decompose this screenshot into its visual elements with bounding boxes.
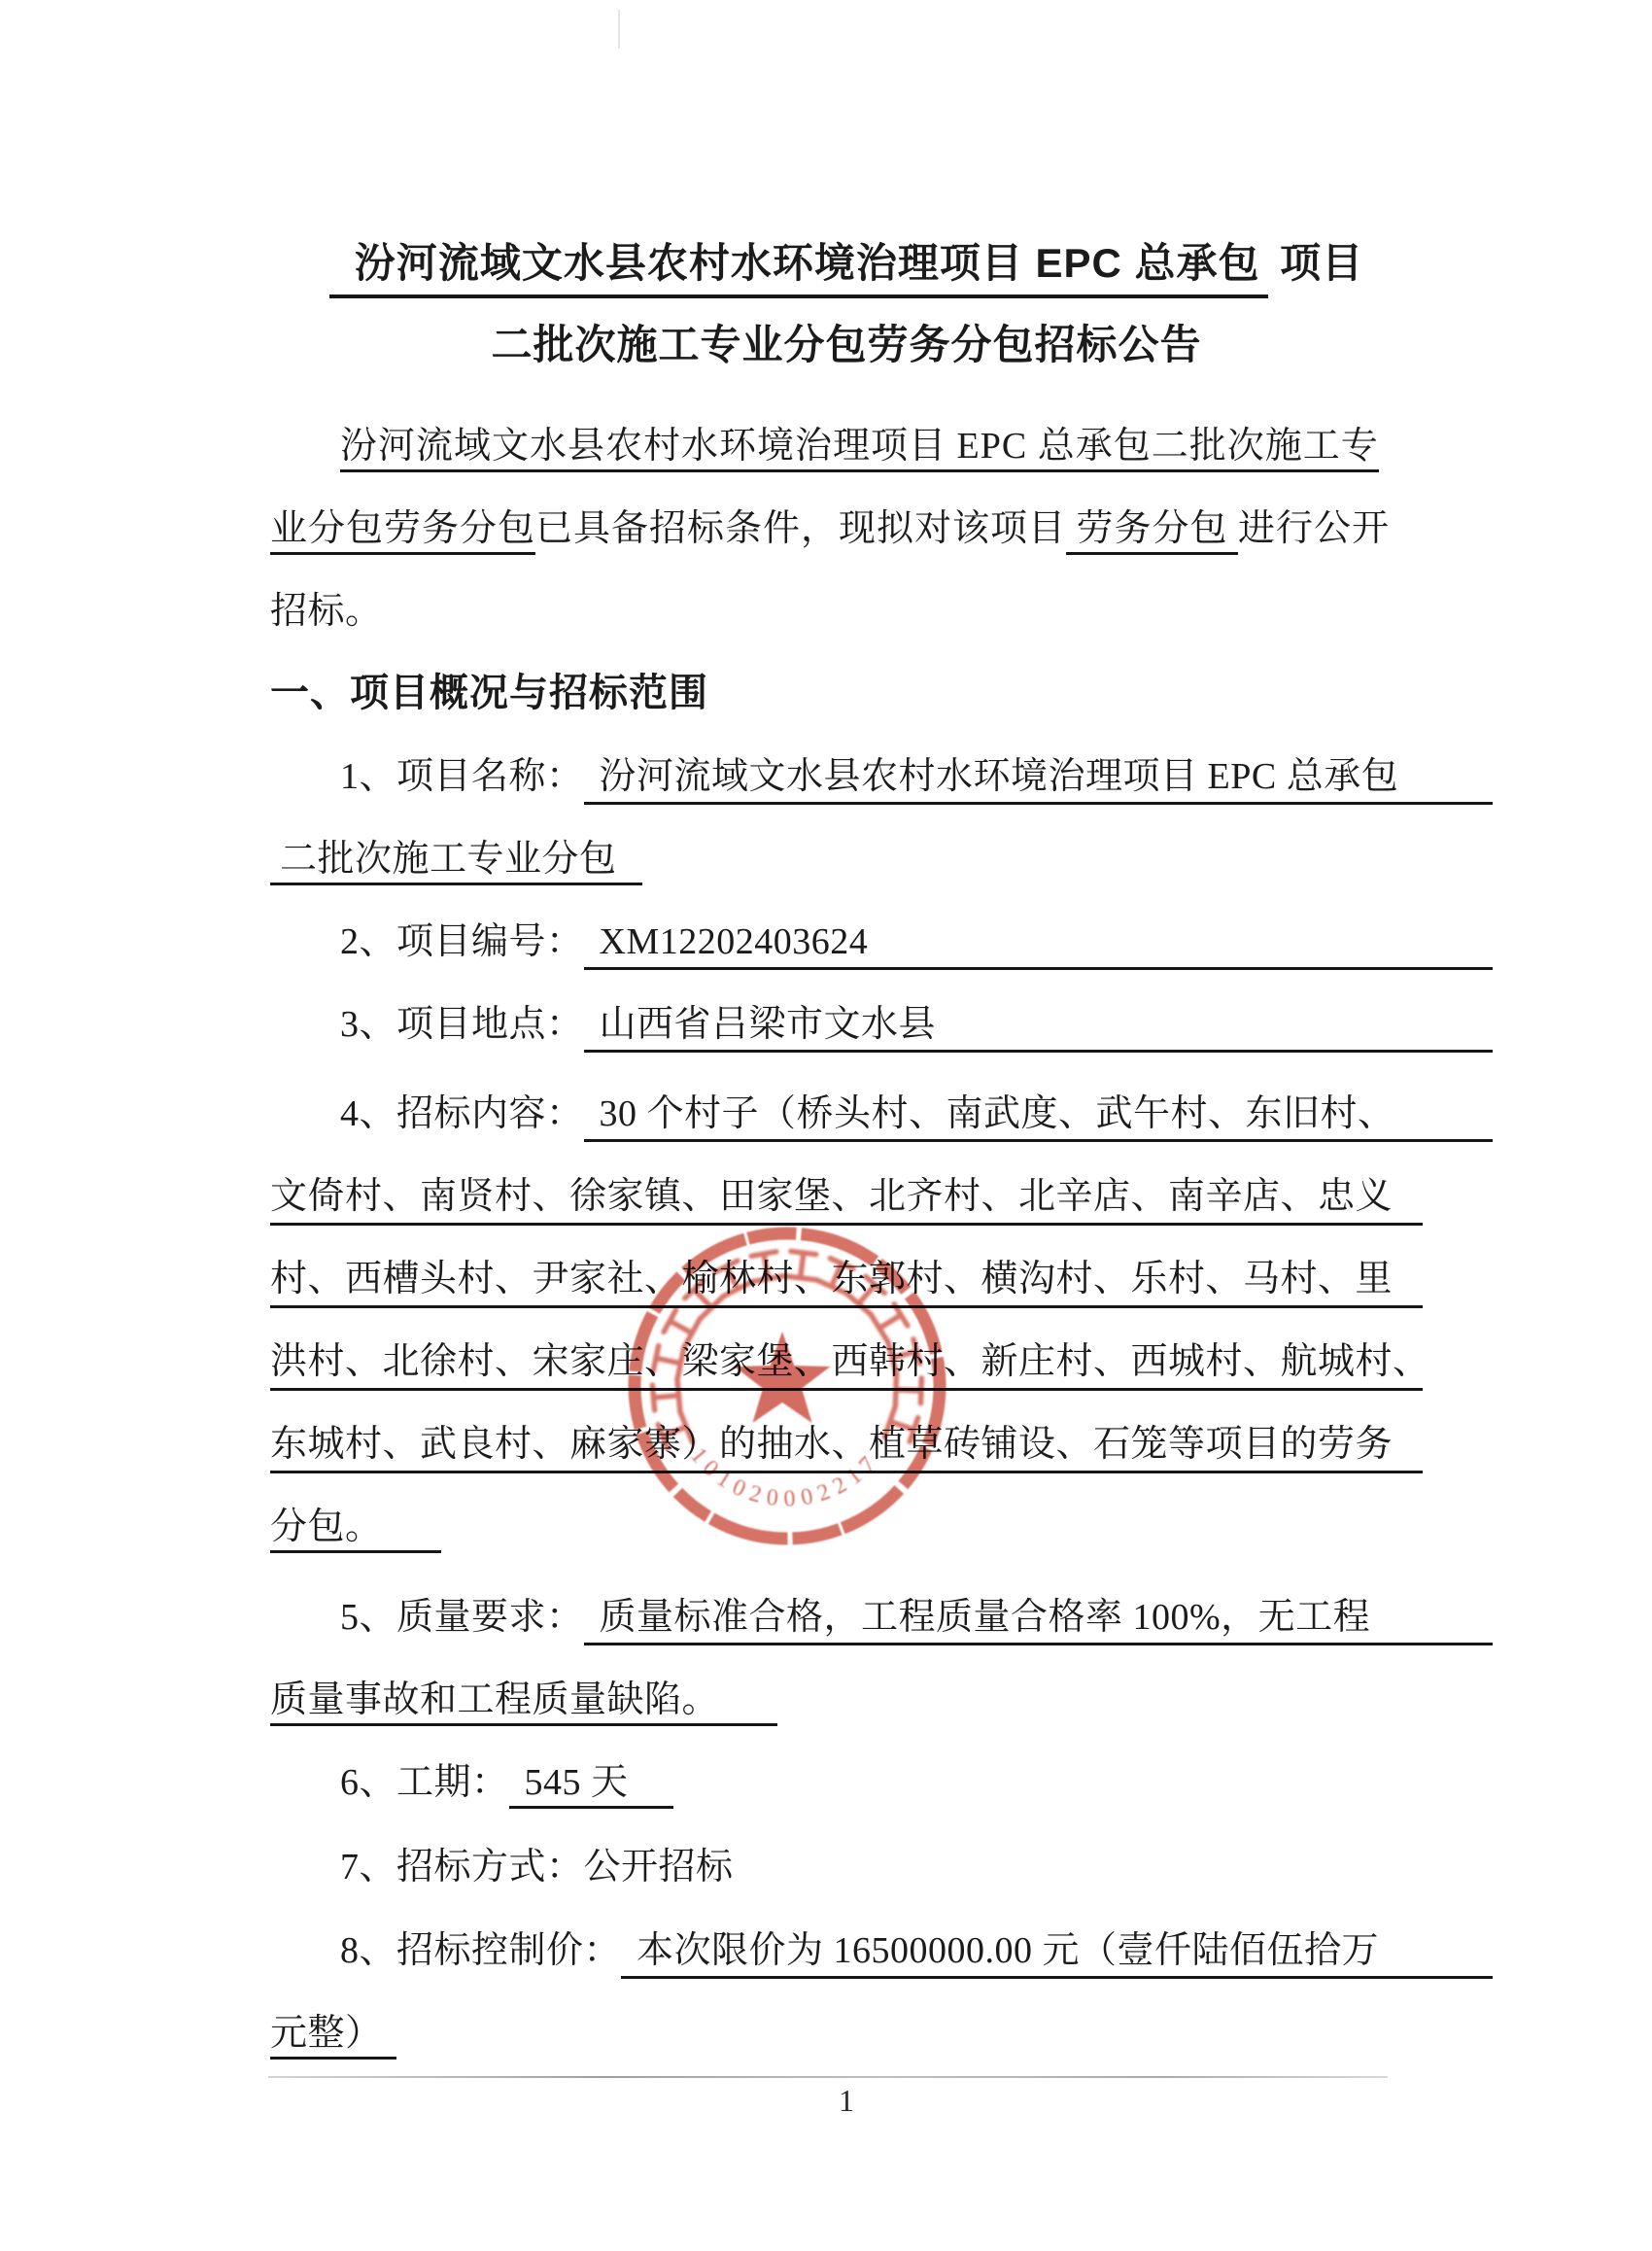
item8-label: 8、招标控制价：: [340, 1928, 621, 1979]
title-line-1: 汾河流域文水县农村水环境治理项目 EPC 总承包 项目: [270, 241, 1423, 286]
item5-value-line2: 质量事故和工程质量缺陷。: [270, 1680, 777, 1726]
item1-label: 1、项目名称：: [340, 754, 584, 805]
company-seal-stamp: 101020002217: [612, 1211, 962, 1561]
intro-line2-plain-2: 进行公开: [1238, 508, 1390, 549]
item8-value-line1: 本次限价为 16500000.00 元（壹仟陆佰伍拾万: [621, 1928, 1493, 1979]
item1-line-2: 二批次施工专业分包: [270, 837, 1423, 882]
page-number: 1: [270, 2083, 1423, 2119]
item3-value: 山西省吕梁市文水县: [584, 1002, 1493, 1053]
seal-star-icon: [735, 1332, 831, 1423]
item8-line-1: 8、招标控制价：本次限价为 16500000.00 元（壹仟陆佰伍拾万: [270, 1928, 1493, 1979]
item3-line: 3、项目地点：山西省吕梁市文水县: [270, 1002, 1493, 1053]
item7-line: 7、招标方式：公开招标: [270, 1845, 1493, 1889]
intro-line2-plain-1: 已具备招标条件，现拟对该项目: [535, 508, 1066, 549]
intro-line1-underlined: 汾河流域文水县农村水环境治理项目 EPC 总承包二批次施工专: [340, 426, 1379, 472]
item4-value-line1: 30 个村子（桥头村、南武度、武午村、东旧村、: [584, 1091, 1493, 1142]
intro-line2-underlined-2: 劳务分包: [1066, 508, 1238, 555]
item6-line: 6、工期：545 天: [270, 1760, 1493, 1805]
item5-line-2: 质量事故和工程质量缺陷。: [270, 1678, 1423, 1722]
item6-label: 6、工期：: [340, 1762, 509, 1803]
item8-value-line2: 元整）: [270, 2013, 396, 2060]
item4-label: 4、招标内容：: [340, 1091, 584, 1142]
item5-line-1: 5、质量要求：质量标准合格，工程质量合格率 100%，无工程: [270, 1595, 1493, 1645]
title-line1-underlined: 汾河流域文水县农村水环境治理项目 EPC 总承包: [329, 240, 1268, 298]
item4-value-line6: 分包。: [270, 1506, 441, 1553]
item7-label: 7、招标方式：: [340, 1847, 584, 1887]
intro-line-2: 业分包劳务分包已具备招标条件，现拟对该项目 劳务分包 进行公开: [270, 506, 1423, 551]
section1-heading: 一、项目概况与招标范围: [270, 671, 1423, 715]
item7-value: 公开招标: [584, 1847, 734, 1887]
footer-separator-line: [268, 2076, 1388, 2078]
item3-label: 3、项目地点：: [340, 1002, 584, 1053]
item2-label: 2、项目编号：: [340, 919, 584, 970]
item8-line-2: 元整）: [270, 2011, 1423, 2056]
item1-value-line1: 汾河流域文水县农村水环境治理项目 EPC 总承包: [584, 754, 1493, 805]
item4-line-1: 4、招标内容：30 个村子（桥头村、南武度、武午村、东旧村、: [270, 1091, 1493, 1142]
document-page: 汾河流域文水县农村水环境治理项目 EPC 总承包 项目 二批次施工专业分包劳务分…: [0, 0, 1652, 2251]
intro-line-1: 汾河流域文水县农村水环境治理项目 EPC 总承包二批次施工专: [270, 424, 1493, 468]
item2-line: 2、项目编号：XM12202403624: [270, 919, 1493, 970]
scan-artifact-tick: [618, 10, 620, 49]
seal-digits: 101020002217: [685, 1443, 885, 1512]
title-line1-tail: 项目: [1268, 240, 1364, 286]
item6-value: 545 天: [509, 1762, 673, 1809]
item1-line-1: 1、项目名称：汾河流域文水县农村水环境治理项目 EPC 总承包: [270, 754, 1493, 805]
item2-value: XM12202403624: [584, 919, 1493, 970]
item5-value-line1: 质量标准合格，工程质量合格率 100%，无工程: [584, 1595, 1493, 1645]
item1-value-line2: 二批次施工专业分包: [270, 839, 642, 885]
intro-line-3: 招标。: [270, 589, 1423, 634]
item5-label: 5、质量要求：: [340, 1595, 584, 1645]
title-line-2: 二批次施工专业分包劳务分包招标公告: [270, 323, 1423, 367]
intro-line2-underlined-1: 业分包劳务分包: [270, 508, 535, 555]
